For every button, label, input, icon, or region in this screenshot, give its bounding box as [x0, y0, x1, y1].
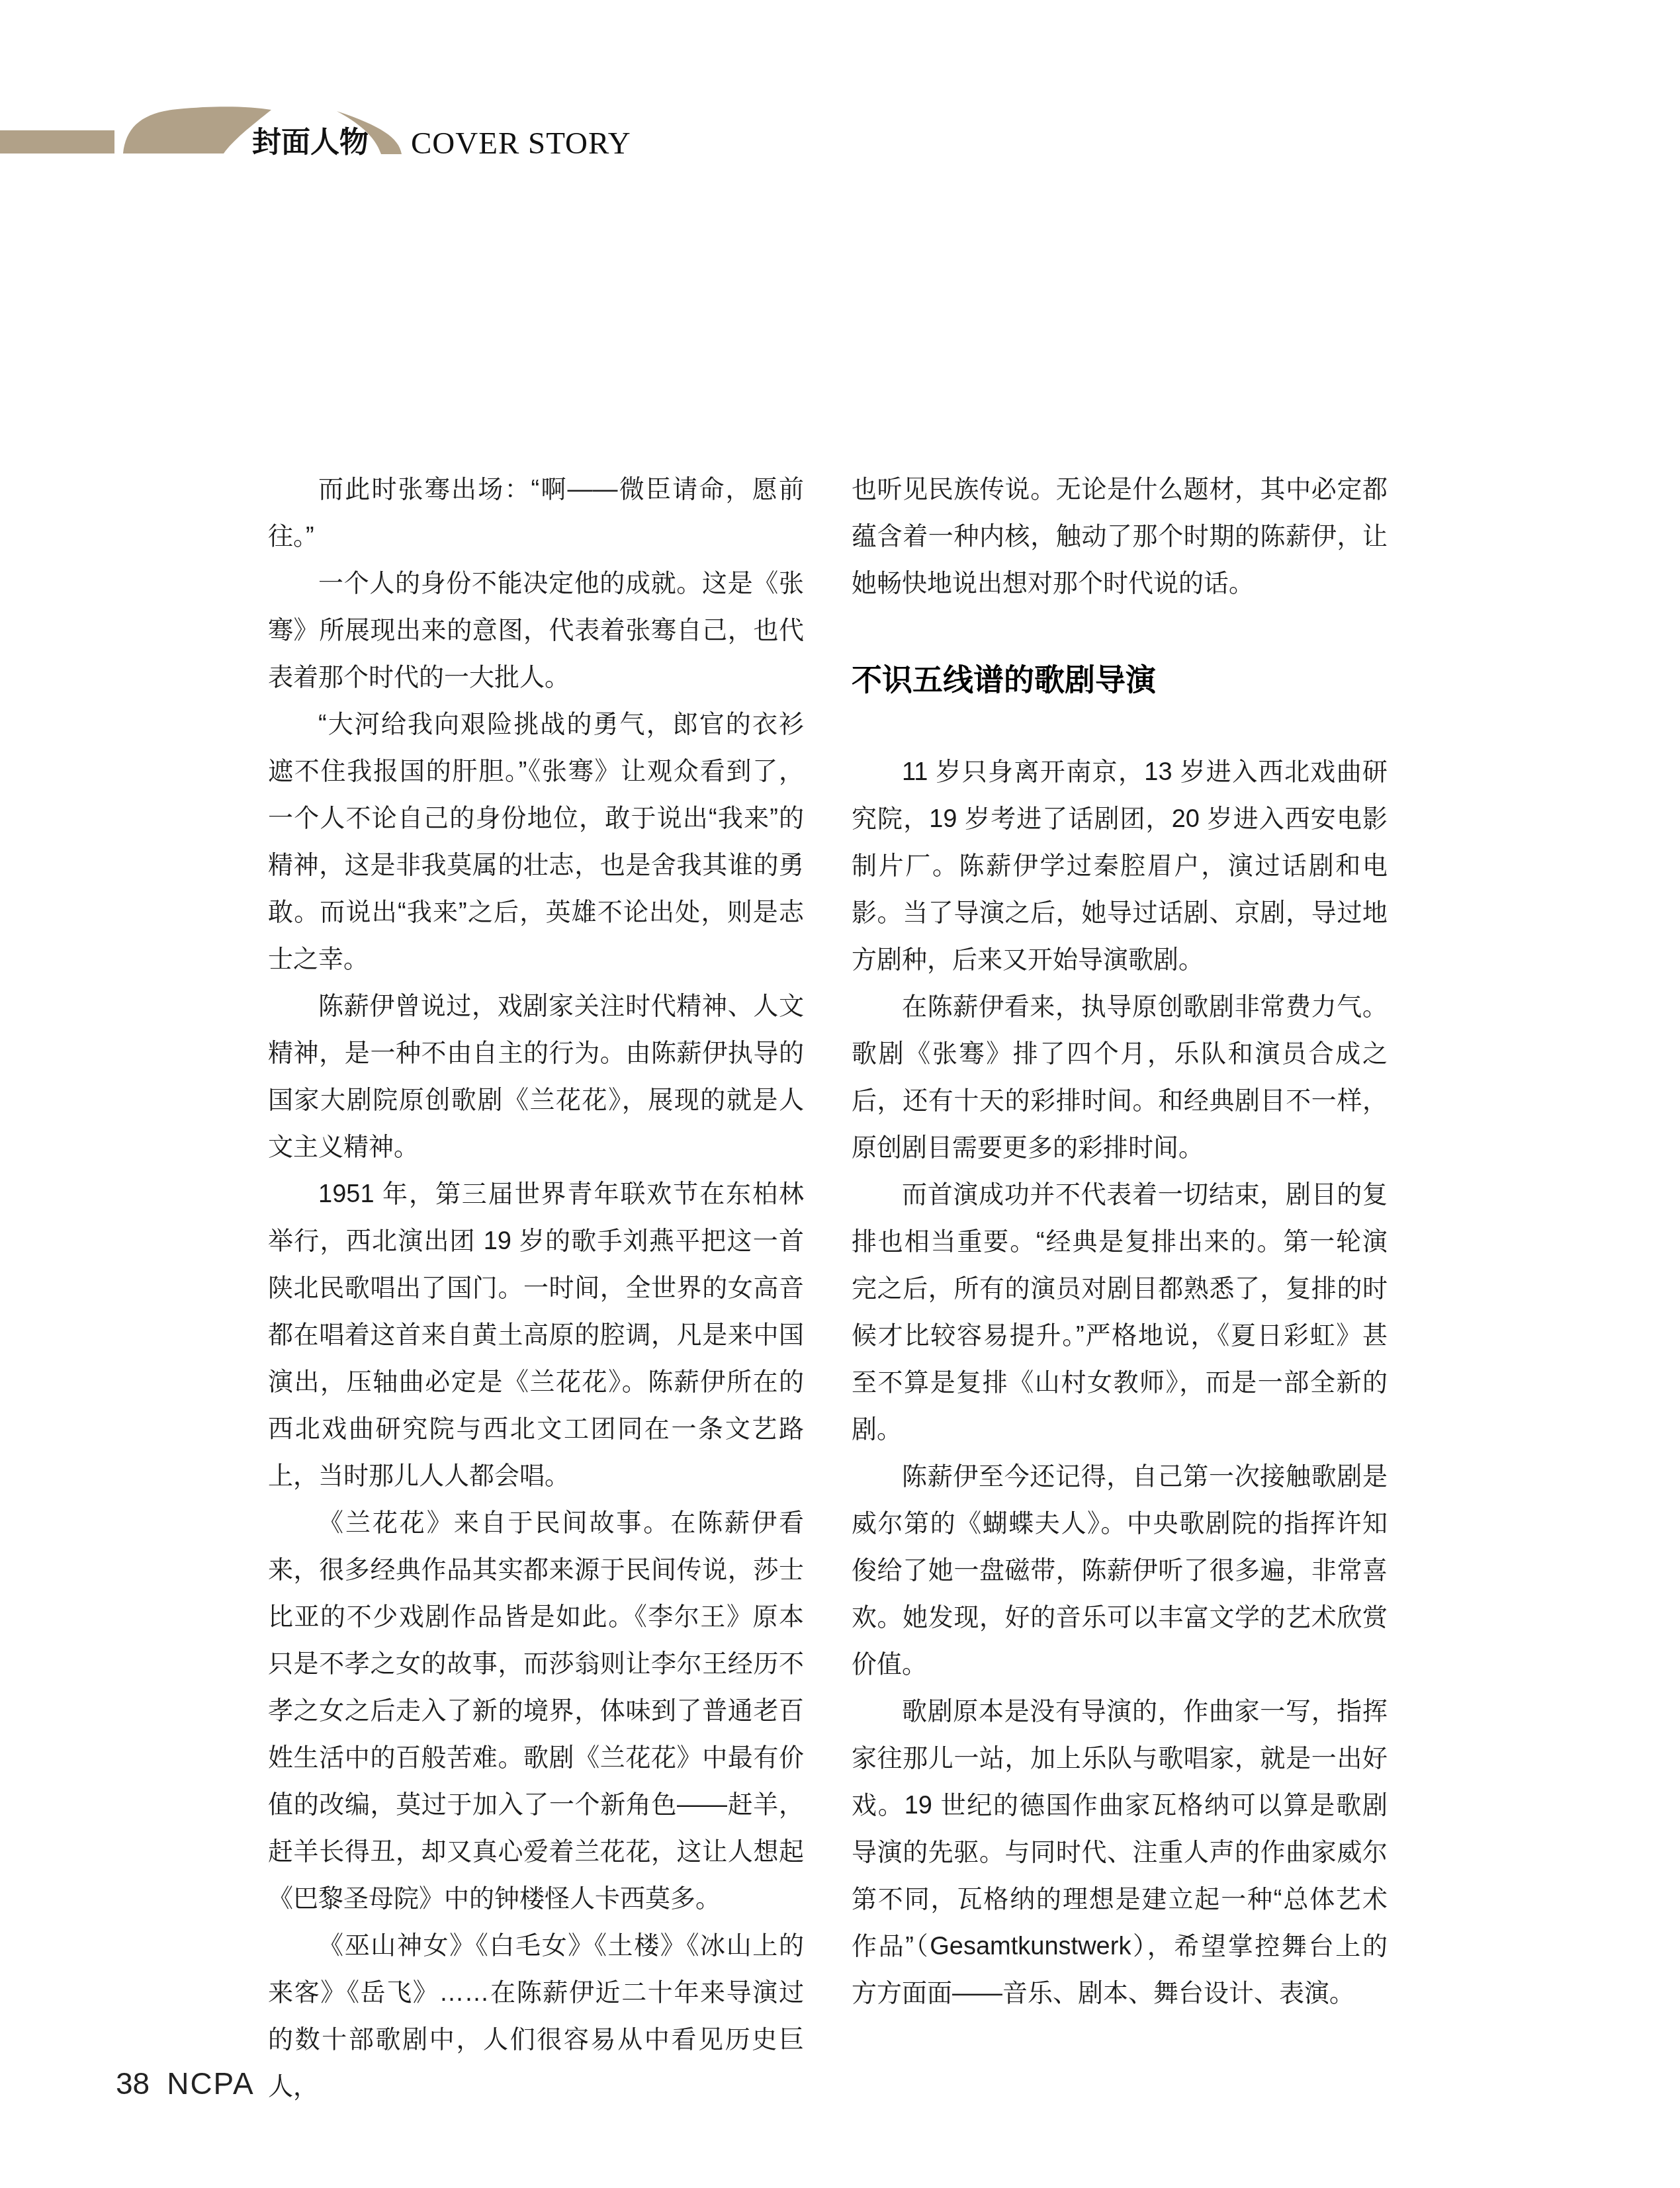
paragraph: 歌剧原本是没有导演的，作曲家一写，指挥家往那儿一站，加上乐队与歌唱家，就是一出好… — [852, 1688, 1388, 2017]
paragraph: 陈薪伊至今还记得，自己第一次接触歌剧是威尔第的《蝴蝶夫人》。中央歌剧院的指挥许知… — [852, 1454, 1388, 1688]
paragraph: 陈薪伊曾说过，戏剧家关注时代精神、人文精神，是一种不由自主的行为。由陈薪伊执导的… — [268, 983, 804, 1171]
section-title-zh: 封面人物 — [252, 128, 369, 157]
paragraph: 一个人的身份不能决定他的成就。这是《张骞》所展现出来的意图，代表着张骞自己，也代… — [268, 560, 804, 701]
paragraph: 1951 年，第三届世界青年联欢节在东柏林举行，西北演出团 19 岁的歌手刘燕平… — [268, 1171, 804, 1500]
paragraph: 《兰花花》来自于民间故事。在陈薪伊看来，很多经典作品其实都来源于民间传说，莎士比… — [268, 1500, 804, 1923]
text-column-right: 也听见民族传说。无论是什么题材，其中必定都蕴含着一种内核，触动了那个时期的陈薪伊… — [852, 466, 1388, 2017]
page-footer: 38NCPA — [116, 2068, 255, 2099]
paragraph: 而此时张骞出场：“啊——微臣请命，愿前往。” — [268, 466, 804, 560]
paragraph: 而首演成功并不代表着一切结束，剧目的复排也相当重要。“经典是复排出来的。第一轮演… — [852, 1172, 1388, 1454]
text-column-left: 而此时张骞出场：“啊——微臣请命，愿前往。”一个人的身份不能决定他的成就。这是《… — [268, 466, 804, 2111]
paragraph-group: 11 岁只身离开南京，13 岁进入西北戏曲研究院，19 岁考进了话剧团，20 岁… — [852, 749, 1388, 2017]
section-title-en: COVER STORY — [411, 127, 631, 160]
paragraph: “大河给我向艰险挑战的勇气，郎官的衣衫遮不住我报国的肝胆。”《张骞》让观众看到了… — [268, 701, 804, 983]
paragraph: 在陈薪伊看来，执导原创歌剧非常费力气。歌剧《张骞》排了四个月，乐队和演员合成之后… — [852, 984, 1388, 1172]
subsection-heading: 不识五线谱的歌剧导演 — [852, 660, 1388, 699]
magazine-name: NCPA — [167, 2066, 254, 2101]
paragraph: 《巫山神女》《白毛女》《土楼》《冰山上的来客》《岳飞》……在陈薪伊近二十年来导演… — [268, 1923, 804, 2111]
header-bar-shape — [0, 130, 114, 153]
paragraph-continuation: 也听见民族传说。无论是什么题材，其中必定都蕴含着一种内核，触动了那个时期的陈薪伊… — [852, 466, 1388, 607]
header-leaf-shape — [123, 107, 271, 153]
paragraph: 11 岁只身离开南京，13 岁进入西北戏曲研究院，19 岁考进了话剧团，20 岁… — [852, 749, 1388, 984]
page-number: 38 — [116, 2066, 150, 2101]
magazine-page: 封面人物 COVER STORY 而此时张骞出场：“啊——微臣请命，愿前往。”一… — [0, 0, 1680, 2188]
